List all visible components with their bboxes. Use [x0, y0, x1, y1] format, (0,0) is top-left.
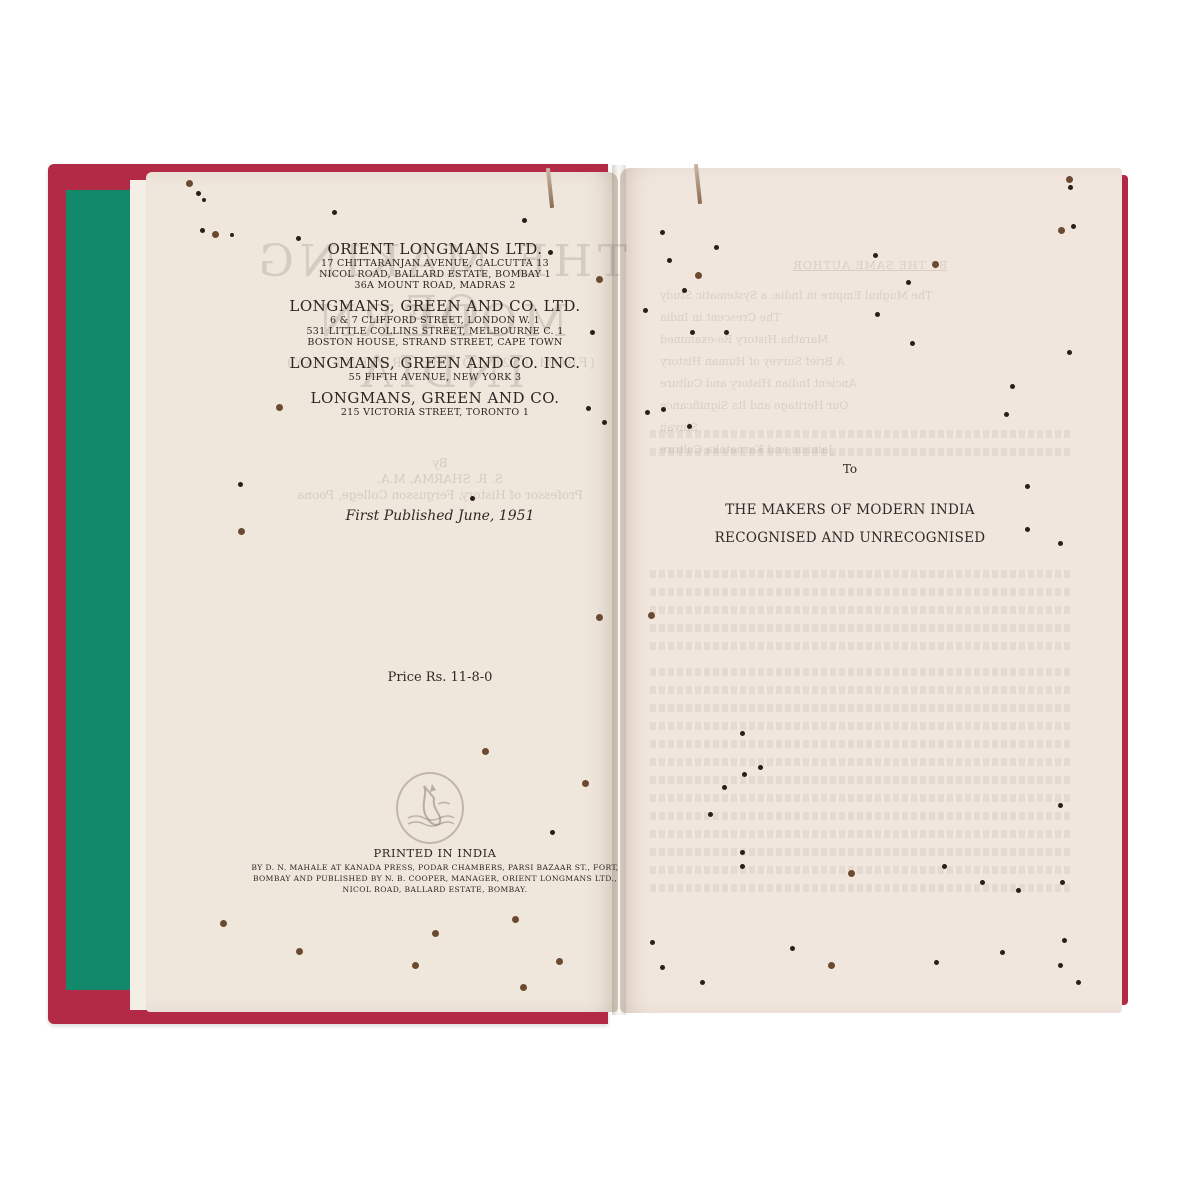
dedication-to: To — [640, 462, 1060, 476]
publisher-name: LONGMANS, GREEN AND CO. — [240, 389, 630, 407]
show-through-text-line — [650, 758, 1070, 766]
show-through-by: By — [240, 455, 640, 471]
show-through-text-line — [650, 884, 1070, 892]
show-through-item: Our Heritage and Its Significance — [660, 395, 1080, 417]
publisher-entry: LONGMANS, GREEN AND CO. 215 VICTORIA STR… — [240, 389, 630, 418]
printer-line: BY D. N. MAHALE AT KANADA PRESS, PODAR C… — [240, 862, 630, 873]
show-through-text-line — [650, 668, 1070, 676]
printer-imprint: PRINTED IN INDIA BY D. N. MAHALE AT KANA… — [240, 846, 630, 895]
publisher-address: 215 VICTORIA STREET, TORONTO 1 — [240, 407, 630, 418]
printed-in-india: PRINTED IN INDIA — [240, 846, 630, 860]
dedication-line-2: RECOGNISED AND UNRECOGNISED — [640, 530, 1060, 546]
publisher-address: 531 LITTLE COLLINS STREET, MELBOURNE C. … — [240, 326, 630, 337]
show-through-item: Ancient Indian History and Culture — [660, 373, 1080, 395]
show-through-text-line — [650, 812, 1070, 820]
first-published-line: First Published June, 1951 — [240, 508, 640, 524]
publisher-entry: LONGMANS, GREEN AND CO. INC. 55 FIFTH AV… — [240, 354, 630, 383]
ship-emblem-icon — [396, 772, 464, 844]
show-through-text-line — [650, 430, 1070, 438]
publisher-entry: ORIENT LONGMANS LTD. 17 CHITTARANJAN AVE… — [240, 240, 630, 291]
show-through-author-block: By S. R. SHARMA, M.A. Professor of Histo… — [240, 455, 640, 503]
publisher-address: 17 CHITTARANJAN AVENUE, CALCUTTA 13 — [240, 258, 630, 269]
show-through-text-line — [650, 794, 1070, 802]
show-through-text-line — [650, 570, 1070, 578]
publisher-address: NICOL ROAD, BALLARD ESTATE, BOMBAY 1 — [240, 269, 630, 280]
publisher-block: ORIENT LONGMANS LTD. 17 CHITTARANJAN AVE… — [240, 234, 630, 418]
price-line: Price Rs. 11-8-0 — [240, 670, 640, 685]
show-through-text-line — [650, 686, 1070, 694]
show-through-text-line — [650, 606, 1070, 614]
publisher-name: LONGMANS, GREEN AND CO. INC. — [240, 354, 630, 372]
publisher-address: 36A MOUNT ROAD, MADRAS 2 — [240, 280, 630, 291]
show-through-item: The Mughul Empire in India: a Systematic… — [660, 285, 1080, 307]
show-through-text-line — [650, 448, 1070, 456]
show-through-text-line — [650, 848, 1070, 856]
show-through-item: The Crescent in India — [660, 307, 1080, 329]
show-through-author-role: Professor of History, Fergusson College,… — [240, 487, 640, 503]
printer-line: BOMBAY AND PUBLISHED BY N. B. COOPER, MA… — [240, 873, 630, 884]
printer-line: NICOL ROAD, BALLARD ESTATE, BOMBAY. — [240, 884, 630, 895]
show-through-text-line — [650, 722, 1070, 730]
show-through-text-line — [650, 830, 1070, 838]
dedication-line-1: THE MAKERS OF MODERN INDIA — [640, 502, 1060, 518]
publisher-address: BOSTON HOUSE, STRAND STREET, CAPE TOWN — [240, 337, 630, 348]
show-through-text-line — [650, 740, 1070, 748]
show-through-item: Maratha History Re-examined — [660, 329, 1080, 351]
show-through-item: A Brief Survey of Human History — [660, 351, 1080, 373]
show-through-text-line — [650, 642, 1070, 650]
show-through-author: S. R. SHARMA, M.A. — [240, 471, 640, 487]
show-through-text-line — [650, 588, 1070, 596]
show-through-text-line — [650, 624, 1070, 632]
show-through-text-line — [650, 776, 1070, 784]
publisher-name: ORIENT LONGMANS LTD. — [240, 240, 630, 258]
show-through-heading: BY THE SAME AUTHOR — [660, 255, 1080, 277]
publisher-address: 6 & 7 CLIFFORD STREET, LONDON W. 1 — [240, 315, 630, 326]
publisher-address: 55 FIFTH AVENUE, NEW YORK 3 — [240, 372, 630, 383]
publisher-name: LONGMANS, GREEN AND CO. LTD. — [240, 297, 630, 315]
show-through-text-line — [650, 704, 1070, 712]
show-through-text-line — [650, 866, 1070, 874]
publisher-entry: LONGMANS, GREEN AND CO. LTD. 6 & 7 CLIFF… — [240, 297, 630, 348]
